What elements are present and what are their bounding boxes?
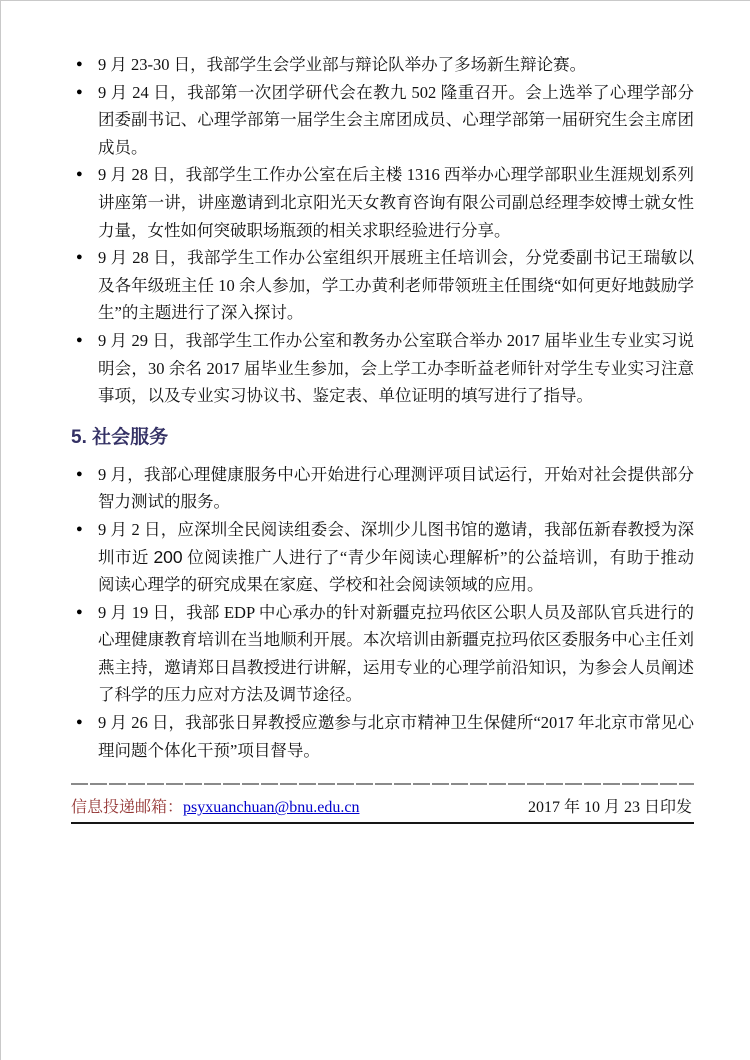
section-heading-social-service: 5. 社会服务 [71, 426, 694, 450]
email-link[interactable]: psyxuanchuan@bnu.edu.cn [183, 799, 359, 816]
bullet-icon: ● [71, 461, 98, 516]
bullet-icon: ● [71, 161, 98, 244]
list-item: ● 9 月，我部心理健康服务中心开始进行心理测评项目试运行，开始对社会提供部分智… [71, 461, 694, 516]
mailbox-line: 信息投递邮箱：psyxuanchuan@bnu.edu.cn [71, 794, 359, 817]
print-date: 2017 年 10 月 23 日印发 [528, 794, 692, 817]
social-service-bullet-list: ● 9 月，我部心理健康服务中心开始进行心理测评项目试运行，开始对社会提供部分智… [71, 461, 694, 765]
bullet-icon: ● [71, 709, 98, 764]
bullet-icon: ● [71, 599, 98, 709]
list-item: ● 9 月 26 日，我部张日昇教授应邀参与北京市精神卫生保健所“2017 年北… [71, 709, 694, 764]
bullet-text: 9 月 28 日，我部学生工作办公室组织开展班主任培训会，分党委副书记王瑞敏以及… [98, 244, 694, 327]
bullet-text: 9 月 29 日，我部学生工作办公室和教务办公室联合举办 2017 届毕业生专业… [98, 327, 694, 410]
newsletter-page: { "page": { "background": "#ffffff", "bo… [0, 0, 750, 1060]
bullet-text: 9 月 23-30 日，我部学生会学业部与辩论队举办了多场新生辩论赛。 [98, 51, 694, 79]
list-item: ● 9 月 2 日，应深圳全民阅读组委会、深圳少儿图书馆的邀请，我部伍新春教授为… [71, 516, 694, 599]
bullet-text-suffix: 位阅读推广人进行了“青少年阅读心理解析”的公益培训，有助于推动阅读心理学的研究成… [98, 548, 694, 595]
bullet-text: 9 月 2 日，应深圳全民阅读组委会、深圳少儿图书馆的邀请，我部伍新春教授为深圳… [98, 516, 694, 599]
bullet-icon: ● [71, 244, 98, 327]
bullet-icon: ● [71, 327, 98, 410]
bullet-text: 9 月，我部心理健康服务中心开始进行心理测评项目试运行，开始对社会提供部分智力测… [98, 461, 694, 516]
list-item: ● 9 月 24 日，我部第一次团学研代会在教九 502 隆重召开。会上选举了心… [71, 79, 694, 162]
page-footer: 信息投递邮箱：psyxuanchuan@bnu.edu.cn 2017 年 10… [71, 783, 694, 824]
highlight-number: 200 [153, 547, 182, 567]
mailbox-label: 信息投递邮箱： [71, 799, 183, 816]
list-item: ● 9 月 23-30 日，我部学生会学业部与辩论队举办了多场新生辩论赛。 [71, 51, 694, 79]
bullet-text: 9 月 26 日，我部张日昇教授应邀参与北京市精神卫生保健所“2017 年北京市… [98, 709, 694, 764]
bullet-icon: ● [71, 79, 98, 162]
list-item: ● 9 月 28 日，我部学生工作办公室组织开展班主任培训会，分党委副书记王瑞敏… [71, 244, 694, 327]
list-item: ● 9 月 28 日，我部学生工作办公室在后主楼 1316 西举办心理学部职业生… [71, 161, 694, 244]
list-item: ● 9 月 29 日，我部学生工作办公室和教务办公室联合举办 2017 届毕业生… [71, 327, 694, 410]
bullet-icon: ● [71, 516, 98, 599]
document-body: ● 9 月 23-30 日，我部学生会学业部与辩论队举办了多场新生辩论赛。 ● … [1, 1, 750, 824]
bullet-text: 9 月 24 日，我部第一次团学研代会在教九 502 隆重召开。会上选举了心理学… [98, 79, 694, 162]
student-work-bullet-list: ● 9 月 23-30 日，我部学生会学业部与辩论队举办了多场新生辩论赛。 ● … [71, 51, 694, 410]
bullet-text: 9 月 19 日，我部 EDP 中心承办的针对新疆克拉玛依区公职人员及部队官兵进… [98, 599, 694, 709]
bullet-icon: ● [71, 51, 98, 79]
footer-bottom-rule [71, 822, 694, 824]
bullet-text: 9 月 28 日，我部学生工作办公室在后主楼 1316 西举办心理学部职业生涯规… [98, 161, 694, 244]
list-item: ● 9 月 19 日，我部 EDP 中心承办的针对新疆克拉玛依区公职人员及部队官… [71, 599, 694, 709]
